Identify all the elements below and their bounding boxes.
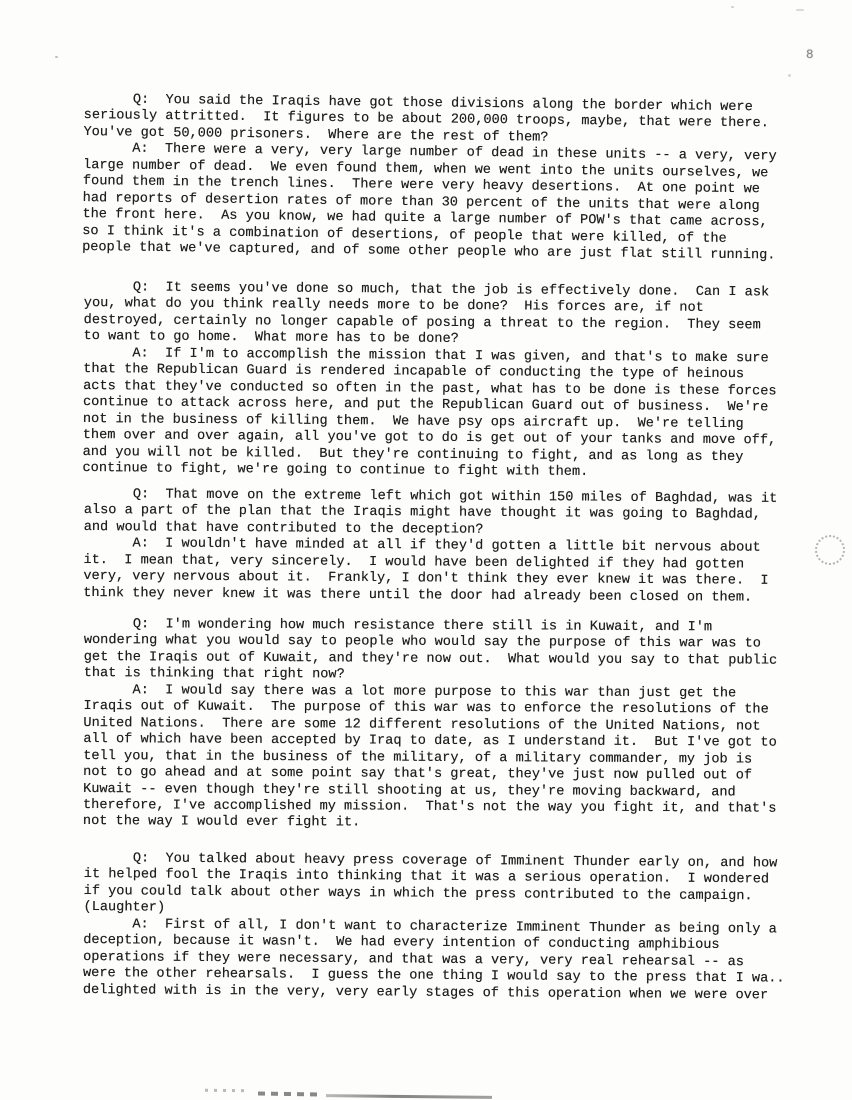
bottom-smudge-dashes — [258, 1092, 320, 1097]
page-number: 8 — [806, 48, 814, 62]
qa-exchange-3: Q: That move on the extreme left which g… — [83, 487, 800, 607]
bottom-smudge-line — [326, 1094, 492, 1098]
scan-speck — [55, 56, 58, 58]
scan-speck — [788, 74, 791, 77]
answer-text: A: First of all, I don't want to charact… — [83, 917, 800, 1005]
answer-text: A: I would say there was a lot more purp… — [83, 683, 800, 835]
transcript-body: Q: You said the Iraqis have got those di… — [84, 92, 800, 999]
scan-speck — [796, 9, 804, 11]
question-text: Q: I'm wondering how much resistance the… — [84, 617, 800, 687]
qa-exchange-2: Q: It seems you've done so much, that th… — [82, 280, 800, 483]
scan-speck — [731, 6, 734, 8]
question-text: Q: It seems you've done so much, that th… — [83, 280, 799, 351]
answer-text: A: I wouldn't have minded at all if they… — [83, 536, 799, 607]
answer-text: A: There were a very, very large number … — [82, 141, 799, 265]
qa-exchange-4: Q: I'm wondering how much resistance the… — [83, 617, 800, 835]
question-text: Q: That move on the extreme left which g… — [84, 487, 800, 541]
question-text: Q: You talked about heavy press coverage… — [83, 851, 799, 922]
qa-exchange-1: Q: You said the Iraqis have got those di… — [82, 92, 800, 265]
scanned-page: 8 Q: You said the Iraqis have got those … — [0, 0, 852, 1100]
bottom-smudge-dots — [205, 1089, 249, 1093]
answer-text: A: If I'm to accomplish the mission that… — [82, 345, 799, 482]
question-text: Q: You said the Iraqis have got those di… — [83, 92, 800, 150]
qa-exchange-5: Q: You talked about heavy press coverage… — [83, 851, 800, 1005]
dotted-circle-mark — [812, 532, 848, 568]
